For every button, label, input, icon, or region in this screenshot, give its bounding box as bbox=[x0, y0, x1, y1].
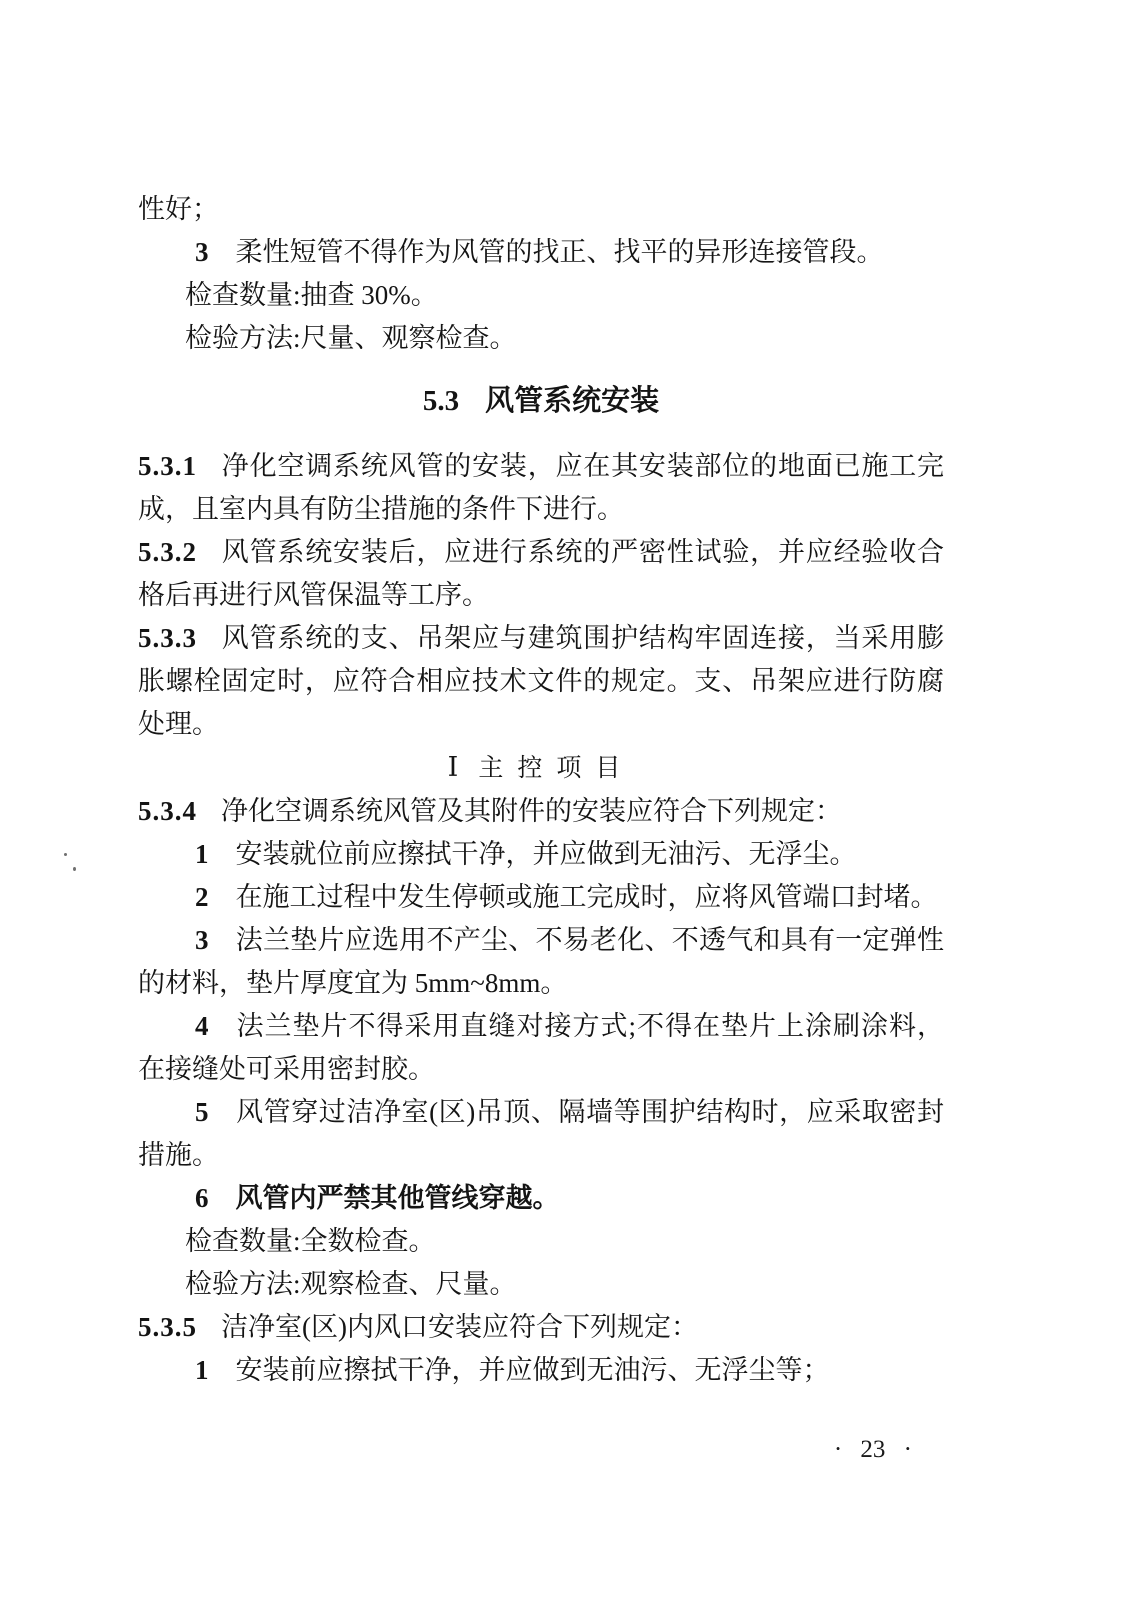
list-item: 1安装前应擦拭干净，并应做到无油污、无浮尘等； bbox=[138, 1349, 944, 1392]
clause-paragraph-number: 5.3.3 bbox=[138, 623, 197, 653]
subheading-number: Ⅰ bbox=[448, 752, 459, 782]
check-line: 检查数量:抽查 30%。 bbox=[138, 274, 944, 317]
check-line-text: 检查数量:抽查 30%。 bbox=[185, 280, 438, 310]
check-line-text: 检查数量:全数检查。 bbox=[185, 1226, 436, 1256]
list-item: 2在施工过程中发生停顿或施工完成时，应将风管端口封堵。 bbox=[138, 876, 944, 919]
list-item-text: 安装前应擦拭干净，并应做到无油污、无浮尘等； bbox=[236, 1355, 830, 1385]
list-item: 4法兰垫片不得采用直缝对接方式;不得在垫片上涂刷涂料，在接缝处可采用密封胶。 bbox=[138, 1005, 944, 1091]
list-item-number: 2 bbox=[195, 882, 209, 912]
subheading-text: 主控项目 bbox=[478, 755, 634, 782]
clause-paragraph: 5.3.4净化空调系统风管及其附件的安装应符合下列规定： bbox=[138, 790, 944, 833]
list-item-number: 3 bbox=[195, 925, 209, 955]
scan-speck bbox=[73, 867, 76, 871]
subheading: Ⅰ主控项目 bbox=[138, 746, 944, 790]
list-item-text: 安装就位前应擦拭干净，并应做到无油污、无浮尘。 bbox=[236, 839, 857, 869]
section-heading-number: 5.3 bbox=[423, 385, 459, 417]
check-line: 检验方法:尺量、观察检查。 bbox=[138, 317, 944, 360]
section-heading: 5.3风管系统安装 bbox=[138, 380, 944, 423]
list-item: 1安装就位前应擦拭干净，并应做到无油污、无浮尘。 bbox=[138, 833, 944, 876]
section-heading-text: 风管系统安装 bbox=[485, 385, 659, 417]
clause-paragraph: 5.3.5洁净室(区)内风口安装应符合下列规定： bbox=[138, 1306, 944, 1349]
list-item-text: 在施工过程中发生停顿或施工完成时，应将风管端口封堵。 bbox=[236, 882, 938, 912]
document-page: 性好；3柔性短管不得作为风管的找正、找平的异形连接管段。检查数量:抽查 30%。… bbox=[0, 0, 1142, 1600]
clause-paragraph-number: 5.3.1 bbox=[138, 451, 197, 481]
check-line: 检查数量:全数检查。 bbox=[138, 1220, 944, 1263]
list-item-text: 法兰垫片不得采用直缝对接方式;不得在垫片上涂刷涂料，在接缝处可采用密封胶。 bbox=[138, 1011, 944, 1084]
list-item-number: 1 bbox=[195, 1355, 209, 1385]
check-line-text: 检验方法:尺量、观察检查。 bbox=[185, 323, 517, 353]
clause-paragraph-text: 净化空调系统风管的安装，应在其安装部位的地面已施工完成，且室内具有防尘措施的条件… bbox=[138, 451, 944, 524]
check-line: 检验方法:观察检查、尺量。 bbox=[138, 1263, 944, 1306]
list-item-number: 1 bbox=[195, 839, 209, 869]
clause-paragraph-text: 风管系统的支、吊架应与建筑围护结构牢固连接，当采用膨胀螺栓固定时，应符合相应技术… bbox=[138, 623, 944, 739]
scan-speck bbox=[64, 853, 67, 856]
continuation-paragraph: 性好； bbox=[138, 188, 944, 231]
list-item-number: 4 bbox=[195, 1011, 209, 1041]
check-line-text: 检验方法:观察检查、尺量。 bbox=[185, 1269, 517, 1299]
list-item-bold: 6风管内严禁其他管线穿越。 bbox=[138, 1177, 944, 1220]
clause-paragraph: 5.3.2风管系统安装后，应进行系统的严密性试验，并应经验收合格后再进行风管保温… bbox=[138, 531, 944, 617]
continuation-paragraph-text: 性好； bbox=[138, 194, 219, 224]
list-item-text: 风管穿过洁净室(区)吊顶、隔墙等围护结构时，应采取密封措施。 bbox=[138, 1097, 944, 1170]
clause-paragraph: 5.3.1净化空调系统风管的安装，应在其安装部位的地面已施工完成，且室内具有防尘… bbox=[138, 445, 944, 531]
list-item: 5风管穿过洁净室(区)吊顶、隔墙等围护结构时，应采取密封措施。 bbox=[138, 1091, 944, 1177]
list-item-bold-text: 风管内严禁其他管线穿越。 bbox=[236, 1183, 560, 1213]
clause-paragraph: 5.3.3风管系统的支、吊架应与建筑围护结构牢固连接，当采用膨胀螺栓固定时，应符… bbox=[138, 617, 944, 746]
list-item: 3法兰垫片应选用不产尘、不易老化、不透气和具有一定弹性的材料，垫片厚度宜为 5m… bbox=[138, 919, 944, 1005]
list-item-number: 5 bbox=[195, 1097, 209, 1127]
page-number: · 23 · bbox=[138, 1436, 912, 1464]
clause-paragraph-number: 5.3.5 bbox=[138, 1312, 197, 1342]
clause-paragraph-number: 5.3.4 bbox=[138, 796, 197, 826]
clause-paragraph-number: 5.3.2 bbox=[138, 537, 197, 567]
list-item: 3柔性短管不得作为风管的找正、找平的异形连接管段。 bbox=[138, 231, 944, 274]
clause-paragraph-text: 洁净室(区)内风口安装应符合下列规定： bbox=[221, 1312, 698, 1342]
list-item-number: 3 bbox=[195, 237, 209, 267]
list-item-bold-number: 6 bbox=[195, 1183, 209, 1213]
clause-paragraph-text: 风管系统安装后，应进行系统的严密性试验，并应经验收合格后再进行风管保温等工序。 bbox=[138, 537, 944, 610]
list-item-text: 柔性短管不得作为风管的找正、找平的异形连接管段。 bbox=[236, 237, 884, 267]
clause-paragraph-text: 净化空调系统风管及其附件的安装应符合下列规定： bbox=[221, 796, 842, 826]
list-item-text: 法兰垫片应选用不产尘、不易老化、不透气和具有一定弹性的材料，垫片厚度宜为 5mm… bbox=[138, 925, 944, 998]
text-column: 性好；3柔性短管不得作为风管的找正、找平的异形连接管段。检查数量:抽查 30%。… bbox=[138, 188, 944, 1392]
document-body: 性好；3柔性短管不得作为风管的找正、找平的异形连接管段。检查数量:抽查 30%。… bbox=[138, 188, 944, 1392]
